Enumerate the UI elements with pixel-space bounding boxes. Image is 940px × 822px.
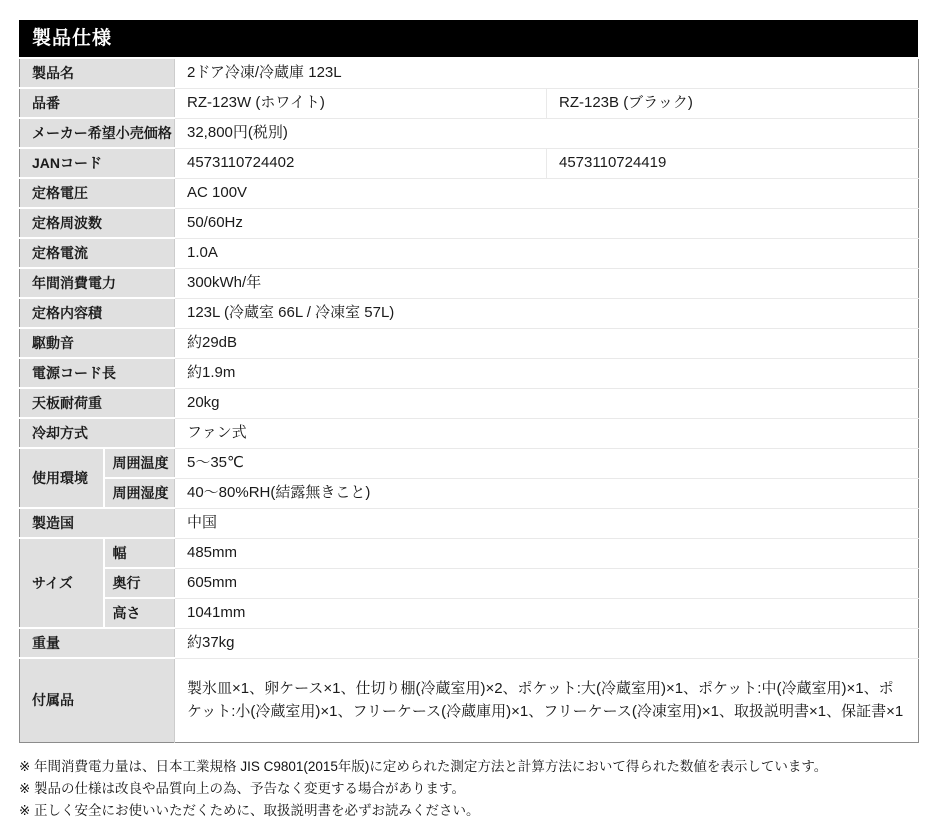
spec-label: 定格電流	[20, 238, 175, 268]
table-row-ambient-humidity: 周囲湿度 40〜80%RH(結露無きこと)	[20, 478, 919, 508]
table-row-country-of-origin: 製造国 中国	[20, 508, 919, 538]
spec-value: 約29dB	[175, 328, 919, 358]
spec-label: 年間消費電力	[20, 268, 175, 298]
spec-value: 1041mm	[175, 598, 919, 628]
footnote: ※ 正しく安全にお使いいただくために、取扱説明書を必ずお読みください。	[19, 800, 921, 822]
spec-label: 冷却方式	[20, 418, 175, 448]
spec-value: 5〜35℃	[175, 448, 919, 478]
spec-label: 定格内容積	[20, 298, 175, 328]
table-row-ambient-temperature: 使用環境 周囲温度 5〜35℃	[20, 448, 919, 478]
spec-label: 定格周波数	[20, 208, 175, 238]
spec-value: ファン式	[175, 418, 919, 448]
spec-sublabel: 周囲温度	[104, 448, 175, 478]
product-spec-sheet: 製品仕様 製品名 2ドア冷凍/冷蔵庫 123L 品番 RZ-123W (ホワイト…	[0, 0, 940, 795]
spec-value: 中国	[175, 508, 919, 538]
spec-value: 300kWh/年	[175, 268, 919, 298]
spec-value: 4573110724402	[175, 148, 547, 178]
spec-label: 天板耐荷重	[20, 388, 175, 418]
spec-label: 製造国	[20, 508, 175, 538]
table-row-depth: 奥行 605mm	[20, 568, 919, 598]
spec-value: AC 100V	[175, 178, 919, 208]
table-row-top-load: 天板耐荷重 20kg	[20, 388, 919, 418]
spec-sublabel: 奥行	[104, 568, 175, 598]
table-row-rated-current: 定格電流 1.0A	[20, 238, 919, 268]
spec-value: 2ドア冷凍/冷蔵庫 123L	[175, 59, 919, 88]
table-row-annual-power: 年間消費電力 300kWh/年	[20, 268, 919, 298]
table-row-product-name: 製品名 2ドア冷凍/冷蔵庫 123L	[20, 59, 919, 88]
spec-sublabel: 高さ	[104, 598, 175, 628]
table-row-noise-level: 駆動音 約29dB	[20, 328, 919, 358]
spec-group-label: 使用環境	[20, 448, 104, 508]
table-row-height: 高さ 1041mm	[20, 598, 919, 628]
spec-value: 製氷皿×1、卵ケース×1、仕切り棚(冷蔵室用)×2、ポケット:大(冷蔵室用)×1…	[175, 658, 919, 742]
spec-value: 32,800円(税別)	[175, 118, 919, 148]
table-row-cord-length: 電源コード長 約1.9m	[20, 358, 919, 388]
table-row-rated-voltage: 定格電圧 AC 100V	[20, 178, 919, 208]
spec-label: 製品名	[20, 59, 175, 88]
spec-label: 重量	[20, 628, 175, 658]
table-row-model-number: 品番 RZ-123W (ホワイト) RZ-123B (ブラック)	[20, 88, 919, 118]
spec-value: 4573110724419	[547, 148, 919, 178]
spec-value: RZ-123W (ホワイト)	[175, 88, 547, 118]
spec-label: JANコード	[20, 148, 175, 178]
spec-value: 1.0A	[175, 238, 919, 268]
spec-table: 製品名 2ドア冷凍/冷蔵庫 123L 品番 RZ-123W (ホワイト) RZ-…	[19, 59, 919, 743]
spec-label: 品番	[20, 88, 175, 118]
spec-sublabel: 幅	[104, 538, 175, 568]
spec-value: 485mm	[175, 538, 919, 568]
table-row-jan-code: JANコード 4573110724402 4573110724419	[20, 148, 919, 178]
table-row-weight: 重量 約37kg	[20, 628, 919, 658]
spec-value: RZ-123B (ブラック)	[547, 88, 919, 118]
spec-value: 50/60Hz	[175, 208, 919, 238]
spec-label: 定格電圧	[20, 178, 175, 208]
spec-sublabel: 周囲湿度	[104, 478, 175, 508]
spec-label: 付属品	[20, 658, 175, 742]
footnotes: ※ 年間消費電力量は、日本工業規格 JIS C9801(2015年版)に定められ…	[19, 756, 921, 822]
spec-label: 電源コード長	[20, 358, 175, 388]
table-row-msrp: メーカー希望小売価格 32,800円(税別)	[20, 118, 919, 148]
spec-value: 123L (冷蔵室 66L / 冷凍室 57L)	[175, 298, 919, 328]
table-row-width: サイズ 幅 485mm	[20, 538, 919, 568]
spec-sheet-title: 製品仕様	[19, 20, 918, 57]
spec-value: 約37kg	[175, 628, 919, 658]
spec-label: メーカー希望小売価格	[20, 118, 175, 148]
footnote: ※ 年間消費電力量は、日本工業規格 JIS C9801(2015年版)に定められ…	[19, 756, 921, 778]
spec-group-label: サイズ	[20, 538, 104, 628]
table-row-rated-frequency: 定格周波数 50/60Hz	[20, 208, 919, 238]
spec-value: 40〜80%RH(結露無きこと)	[175, 478, 919, 508]
table-row-accessories: 付属品 製氷皿×1、卵ケース×1、仕切り棚(冷蔵室用)×2、ポケット:大(冷蔵室…	[20, 658, 919, 742]
footnote: ※ 製品の仕様は改良や品質向上の為、予告なく変更する場合があります。	[19, 778, 921, 800]
spec-value: 605mm	[175, 568, 919, 598]
spec-value: 20kg	[175, 388, 919, 418]
table-row-rated-capacity: 定格内容積 123L (冷蔵室 66L / 冷凍室 57L)	[20, 298, 919, 328]
table-row-cooling-method: 冷却方式 ファン式	[20, 418, 919, 448]
spec-value: 約1.9m	[175, 358, 919, 388]
spec-label: 駆動音	[20, 328, 175, 358]
